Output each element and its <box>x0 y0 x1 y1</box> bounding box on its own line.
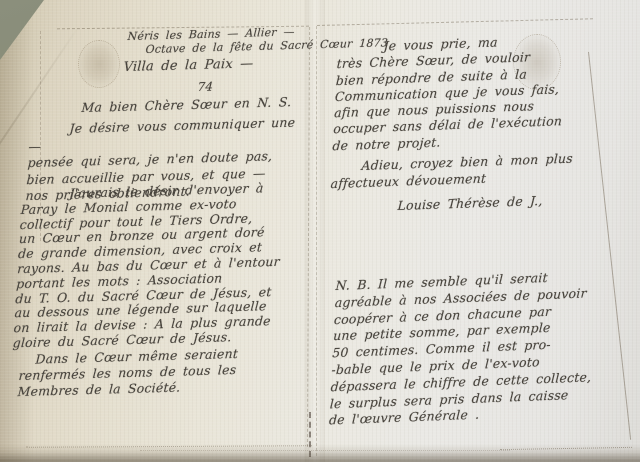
left-paragraph-3: Dans le Cœur même seraient renfermés les… <box>17 344 310 400</box>
right-page-frame-top <box>317 18 593 26</box>
ink-stamp-icon <box>78 40 120 88</box>
closing-formula: Adieu, croyez bien à mon plus affectueux… <box>330 149 592 192</box>
heading-house-line: Villa de la Paix — <box>123 56 254 75</box>
left-paragraph-2: J'aurais le désir d'envoyer à Paray le M… <box>12 180 317 351</box>
right-paragraph-1: Je vous prie, ma très Chère Sœur, de vou… <box>332 31 600 155</box>
signature: Louise Thérèse de J., <box>397 193 543 213</box>
bottom-shadow <box>0 444 640 462</box>
salutation: Ma bien Chère Sœur en N. S. <box>81 94 292 115</box>
folio-number: 74 <box>197 80 213 94</box>
postscript: N. B. Il me semble qu'il serait agréable… <box>329 267 628 430</box>
letter-paper: Néris les Bains — Allier — Octave de la … <box>0 0 640 462</box>
photograph-of-letter: Néris les Bains — Allier — Octave de la … <box>0 0 640 462</box>
right-page-frame-left <box>316 26 317 456</box>
